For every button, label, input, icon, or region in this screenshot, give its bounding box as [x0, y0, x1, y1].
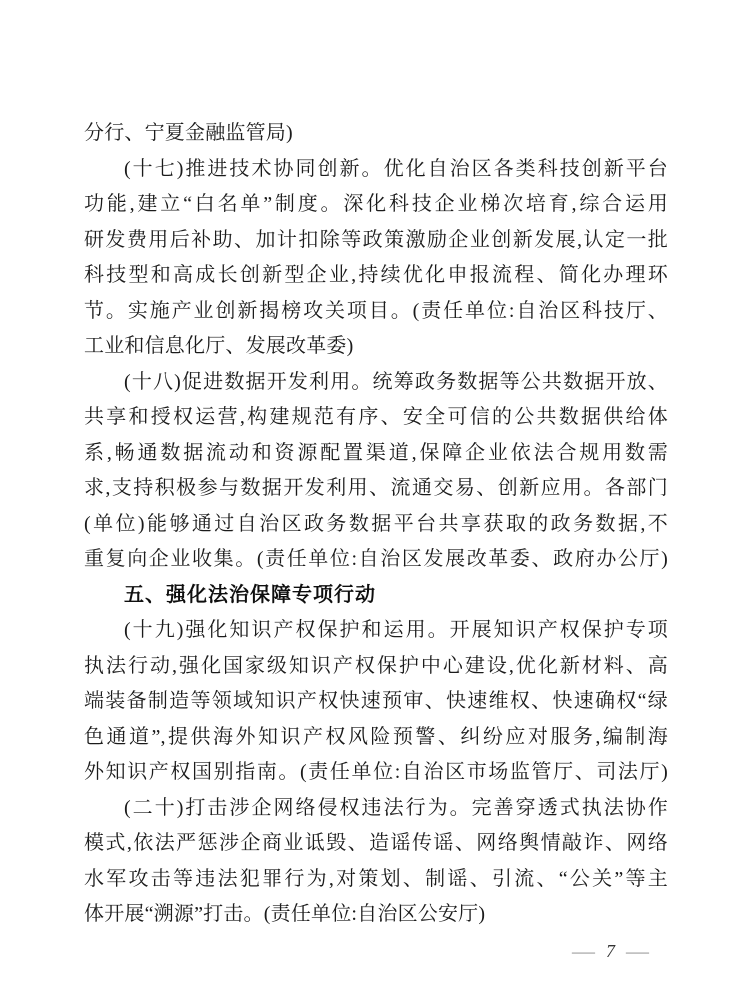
- text-line: (十九)强化知识产权保护和运用。开展知识产权保护专项: [84, 613, 668, 649]
- text-line: 科技型和高成长创新型企业,持续优化申报流程、简化办理环: [84, 258, 668, 294]
- footer-dash-left: —: [572, 942, 595, 962]
- text-line: 系,畅通数据流动和资源配置渠道,保障企业依法合规用数需: [84, 436, 668, 472]
- document-body: 分行、宁夏金融监管局) (十七)推进技术协同创新。优化自治区各类科技创新平台 功…: [84, 116, 668, 933]
- document-page: 分行、宁夏金融监管局) (十七)推进技术协同创新。优化自治区各类科技创新平台 功…: [0, 0, 752, 998]
- text-line: 外知识产权国别指南。(责任单位:自治区市场监管厅、司法厅): [84, 755, 668, 791]
- text-line: 工业和信息化厅、发展改革委): [84, 329, 668, 365]
- text-line: 节。实施产业创新揭榜攻关项目。(责任单位:自治区科技厅、: [84, 294, 668, 330]
- text-line: 功能,建立“白名单”制度。深化科技企业梯次培育,综合运用: [84, 187, 668, 223]
- text-line: (十八)促进数据开发利用。统筹政务数据等公共数据开放、: [84, 365, 668, 401]
- text-line: 体开展“溯源”打击。(责任单位:自治区公安厅): [84, 897, 668, 933]
- text-line: (单位)能够通过自治区政务数据平台共享获取的政务数据,不: [84, 507, 668, 543]
- text-line: 水军攻击等违法犯罪行为,对策划、制谣、引流、“公关”等主: [84, 862, 668, 898]
- text-line: 分行、宁夏金融监管局): [84, 116, 668, 152]
- text-line: 色通道”,提供海外知识产权风险预警、纠纷应对服务,编制海: [84, 720, 668, 756]
- footer-dash-right: —: [626, 942, 649, 962]
- text-line: 共享和授权运营,构建规范有序、安全可信的公共数据供给体: [84, 400, 668, 436]
- page-number-footer: — 7 —: [575, 941, 646, 962]
- text-line: 研发费用后补助、加计扣除等政策激励企业创新发展,认定一批: [84, 223, 668, 259]
- text-line: (十七)推进技术协同创新。优化自治区各类科技创新平台: [84, 152, 668, 188]
- page-number: 7: [606, 941, 615, 962]
- section-heading: 五、强化法治保障专项行动: [84, 578, 668, 614]
- text-line: (二十)打击涉企网络侵权违法行为。完善穿透式执法协作: [84, 791, 668, 827]
- text-line: 执法行动,强化国家级知识产权保护中心建设,优化新材料、高: [84, 649, 668, 685]
- text-line: 重复向企业收集。(责任单位:自治区发展改革委、政府办公厅): [84, 542, 668, 578]
- text-line: 求,支持积极参与数据开发利用、流通交易、创新应用。各部门: [84, 471, 668, 507]
- text-line: 端装备制造等领域知识产权快速预审、快速维权、快速确权“绿: [84, 684, 668, 720]
- text-line: 模式,依法严惩涉企商业诋毁、造谣传谣、网络舆情敲诈、网络: [84, 826, 668, 862]
